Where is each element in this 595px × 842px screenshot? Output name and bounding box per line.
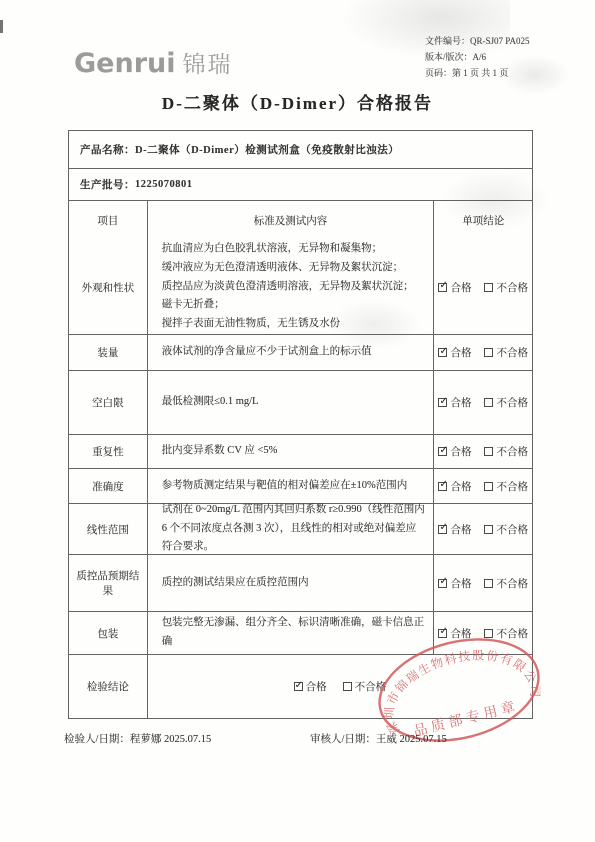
- spec-item-label: 包装: [97, 626, 118, 641]
- pass-option: 合格: [438, 345, 471, 360]
- header-item: 项目: [69, 201, 147, 240]
- table-row: 空白限 最低检测限≤0.1 mg/L 合格 不合格: [69, 370, 532, 434]
- table-row: 质控品预期结果 质控的测试结果应在质控范围内 合格 不合格: [69, 554, 532, 611]
- fail-checkbox: [484, 525, 493, 534]
- product-name-label: 产品名称：: [80, 142, 135, 157]
- pass-label: 合格: [450, 522, 471, 537]
- pass-label: 合格: [450, 576, 471, 591]
- spec-item-label: 空白限: [92, 395, 124, 410]
- spec-conclusion-cell: 合格 不合格: [433, 612, 532, 654]
- pass-option: 合格: [438, 626, 471, 641]
- spec-item-label: 外观和性状: [82, 280, 135, 295]
- genrui-logo: Genrui锦瑞: [74, 46, 233, 79]
- doc-number-label: 文件编号：: [425, 36, 470, 46]
- spec-content-text: 参考物质测定结果与靶值的相对偏差应在±10%范围内: [162, 477, 408, 496]
- reviewer-label: 审核人/日期：: [310, 734, 376, 745]
- spec-content-text: 最低检测限≤0.1 mg/L: [162, 393, 259, 412]
- conclusion-result-cell: 合格 不合格: [147, 655, 532, 718]
- fail-label: 不合格: [496, 395, 528, 410]
- batch-number-value: 1225070801: [135, 179, 193, 190]
- spec-item-cell: 外观和性状: [69, 240, 147, 334]
- pass-checkbox: [438, 348, 447, 357]
- spec-content-cell: 试剂在 0~20mg/L 范围内其回归系数 r≥0.990（线性范围内 6 个不…: [147, 504, 434, 554]
- spec-conclusion-cell: 合格 不合格: [433, 555, 532, 611]
- fail-label: 不合格: [496, 522, 528, 537]
- spec-content-text: 批内变异系数 CV 应 <5%: [162, 442, 278, 461]
- version-label: 版本/版次：: [425, 52, 473, 62]
- spec-conclusion-cell: 合格 不合格: [433, 335, 532, 370]
- table-row: 包装 包装完整无渗漏、组分齐全、标识清晰准确，磁卡信息正确 合格 不合格: [69, 611, 532, 654]
- logo-text-cn: 锦瑞: [183, 52, 233, 78]
- scanned-report-page: Genrui锦瑞 文件编号：QR-SJ07 PA025 版本/版次：A/6 页码…: [0, 0, 595, 842]
- fail-option: 不合格: [484, 522, 528, 537]
- pass-option: 合格: [438, 479, 471, 494]
- fail-label: 不合格: [496, 444, 528, 459]
- fail-option: 不合格: [484, 395, 528, 410]
- table-row: 装量 液体试剂的净含量应不少于试剂盒上的标示值 合格 不合格: [69, 334, 532, 370]
- spec-item-cell: 装量: [69, 335, 147, 370]
- pass-label: 合格: [450, 395, 471, 410]
- fail-option: 不合格: [484, 280, 528, 295]
- pass-checkbox: [294, 682, 303, 691]
- spec-conclusion-cell: 合格 不合格: [433, 240, 532, 334]
- spec-conclusion-cell: 合格 不合格: [433, 435, 532, 468]
- pass-checkbox: [438, 447, 447, 456]
- spec-item-cell: 准确度: [69, 469, 147, 503]
- version-line: 版本/版次：A/6: [425, 49, 529, 65]
- document-meta: 文件编号：QR-SJ07 PA025 版本/版次：A/6 页码：第 1 页 共 …: [425, 33, 529, 81]
- spec-content-cell: 最低检测限≤0.1 mg/L: [147, 371, 434, 434]
- inspection-conclusion-row: 检验结论 合格 不合格: [69, 654, 532, 718]
- fail-checkbox: [343, 682, 352, 691]
- fail-label: 不合格: [496, 345, 528, 360]
- fail-checkbox: [484, 482, 493, 491]
- pass-label: 合格: [450, 479, 471, 494]
- logo-text-en: Genrui: [74, 48, 176, 79]
- pass-option: 合格: [294, 679, 327, 694]
- batch-number-cell: 生产批号： 1225070801: [69, 169, 532, 200]
- pass-label: 合格: [306, 679, 327, 694]
- spec-content-cell: 包装完整无渗漏、组分齐全、标识清晰准确，磁卡信息正确: [147, 612, 434, 654]
- table-row: 线性范围 试剂在 0~20mg/L 范围内其回归系数 r≥0.990（线性范围内…: [69, 503, 532, 554]
- inspector-label: 检验人/日期：: [64, 734, 130, 745]
- inspector-value: 程萝娜 2025.07.15: [130, 734, 211, 745]
- doc-number-line: 文件编号：QR-SJ07 PA025: [425, 33, 529, 49]
- spec-content-cell: 液体试剂的净含量应不少于试剂盒上的标示值: [147, 335, 434, 370]
- version-value: A/6: [473, 52, 487, 62]
- pass-checkbox: [438, 629, 447, 638]
- fail-label: 不合格: [496, 626, 528, 641]
- spec-content-text: 液体试剂的净含量应不少于试剂盒上的标示值: [162, 343, 372, 362]
- pass-label: 合格: [450, 345, 471, 360]
- pass-checkbox: [438, 398, 447, 407]
- spec-content-cell: 参考物质测定结果与靶值的相对偏差应在±10%范围内: [147, 469, 434, 503]
- batch-number-label: 生产批号：: [80, 177, 135, 192]
- fail-option: 不合格: [484, 626, 528, 641]
- fail-option: 不合格: [484, 479, 528, 494]
- pass-option: 合格: [438, 444, 471, 459]
- fail-option: 不合格: [484, 576, 528, 591]
- spec-content-text: 质控的测试结果应在质控范围内: [162, 574, 309, 593]
- spec-item-cell: 质控品预期结果: [69, 555, 147, 611]
- spec-content-cell: 批内变异系数 CV 应 <5%: [147, 435, 434, 468]
- spec-conclusion-cell: 合格 不合格: [433, 504, 532, 554]
- spec-item-label: 重复性: [92, 444, 124, 459]
- spec-conclusion-cell: 合格 不合格: [433, 371, 532, 434]
- inspector-signature: 检验人/日期：程萝娜 2025.07.15: [64, 731, 211, 746]
- pass-checkbox: [438, 525, 447, 534]
- pass-option: 合格: [438, 576, 471, 591]
- batch-number-row: 生产批号： 1225070801: [69, 168, 532, 200]
- pass-label: 合格: [450, 626, 471, 641]
- spec-item-cell: 线性范围: [69, 504, 147, 554]
- spec-content-text: 包装完整无渗漏、组分齐全、标识清晰准确，磁卡信息正确: [162, 614, 426, 652]
- spec-item-label: 质控品预期结果: [74, 568, 142, 598]
- page-number-value: 第 1 页 共 1 页: [452, 68, 508, 78]
- spec-content-cell: 质控的测试结果应在质控范围内: [147, 555, 434, 611]
- page-number-label: 页码：: [425, 68, 452, 78]
- product-name-row: 产品名称： D-二聚体（D-Dimer）检测试剂盒（免疫散射比浊法）: [69, 131, 532, 168]
- doc-number-value: QR-SJ07 PA025: [470, 36, 529, 46]
- fail-label: 不合格: [496, 280, 528, 295]
- reviewer-value: 王威 2025.07.15: [376, 734, 447, 745]
- scan-edge-mark: [0, 20, 3, 33]
- spec-item-label: 装量: [97, 345, 118, 360]
- spec-item-label: 准确度: [92, 479, 124, 494]
- spec-content-text: 抗血清应为白色胶乳状溶液，无异物和凝集物； 缓冲液应为无色澄清透明液体、无异物及…: [162, 240, 414, 334]
- spec-item-label: 线性范围: [87, 522, 129, 537]
- pass-label: 合格: [450, 280, 471, 295]
- spec-item-cell: 空白限: [69, 371, 147, 434]
- fail-label: 不合格: [496, 576, 528, 591]
- product-name-cell: 产品名称： D-二聚体（D-Dimer）检测试剂盒（免疫散射比浊法）: [69, 131, 532, 168]
- fail-option: 不合格: [484, 345, 528, 360]
- fail-checkbox: [484, 629, 493, 638]
- spec-conclusion-cell: 合格 不合格: [433, 469, 532, 503]
- fail-checkbox: [484, 283, 493, 292]
- spec-item-cell: 包装: [69, 612, 147, 654]
- signature-footer: 检验人/日期：程萝娜 2025.07.15 审核人/日期：王威 2025.07.…: [0, 731, 595, 751]
- table-row: 准确度 参考物质测定结果与靶值的相对偏差应在±10%范围内 合格 不合格: [69, 468, 532, 503]
- spec-rows: 外观和性状 抗血清应为白色胶乳状溶液，无异物和凝集物； 缓冲液应为无色澄清透明液…: [69, 240, 532, 654]
- conclusion-item-label: 检验结论: [69, 655, 147, 718]
- spec-item-cell: 重复性: [69, 435, 147, 468]
- product-name-value: D-二聚体（D-Dimer）检测试剂盒（免疫散射比浊法）: [135, 142, 399, 157]
- fail-option: 不合格: [343, 679, 387, 694]
- table-row: 外观和性状 抗血清应为白色胶乳状溶液，无异物和凝集物； 缓冲液应为无色澄清透明液…: [69, 240, 532, 334]
- pass-option: 合格: [438, 280, 471, 295]
- reviewer-signature: 审核人/日期：王威 2025.07.15: [310, 731, 447, 746]
- table-row: 重复性 批内变异系数 CV 应 <5% 合格 不合格: [69, 434, 532, 468]
- table-header-row: 项目 标准及测试内容 单项结论: [69, 200, 532, 240]
- fail-label: 不合格: [496, 479, 528, 494]
- pass-checkbox: [438, 482, 447, 491]
- report-title: D-二聚体（D-Dimer）合格报告: [0, 89, 595, 114]
- header-standard: 标准及测试内容: [147, 201, 434, 240]
- pass-checkbox: [438, 579, 447, 588]
- inspection-table: 产品名称： D-二聚体（D-Dimer）检测试剂盒（免疫散射比浊法） 生产批号：…: [68, 130, 533, 719]
- pass-option: 合格: [438, 395, 471, 410]
- fail-checkbox: [484, 348, 493, 357]
- pass-checkbox: [438, 283, 447, 292]
- header-conclusion: 单项结论: [433, 201, 532, 240]
- pass-label: 合格: [450, 444, 471, 459]
- fail-option: 不合格: [484, 444, 528, 459]
- fail-checkbox: [484, 398, 493, 407]
- spec-content-text: 试剂在 0~20mg/L 范围内其回归系数 r≥0.990（线性范围内 6 个不…: [162, 501, 426, 558]
- spec-content-cell: 抗血清应为白色胶乳状溶液，无异物和凝集物； 缓冲液应为无色澄清透明液体、无异物及…: [147, 240, 434, 334]
- fail-checkbox: [484, 579, 493, 588]
- page-number-line: 页码：第 1 页 共 1 页: [425, 65, 529, 81]
- pass-option: 合格: [438, 522, 471, 537]
- fail-label: 不合格: [355, 679, 387, 694]
- fail-checkbox: [484, 447, 493, 456]
